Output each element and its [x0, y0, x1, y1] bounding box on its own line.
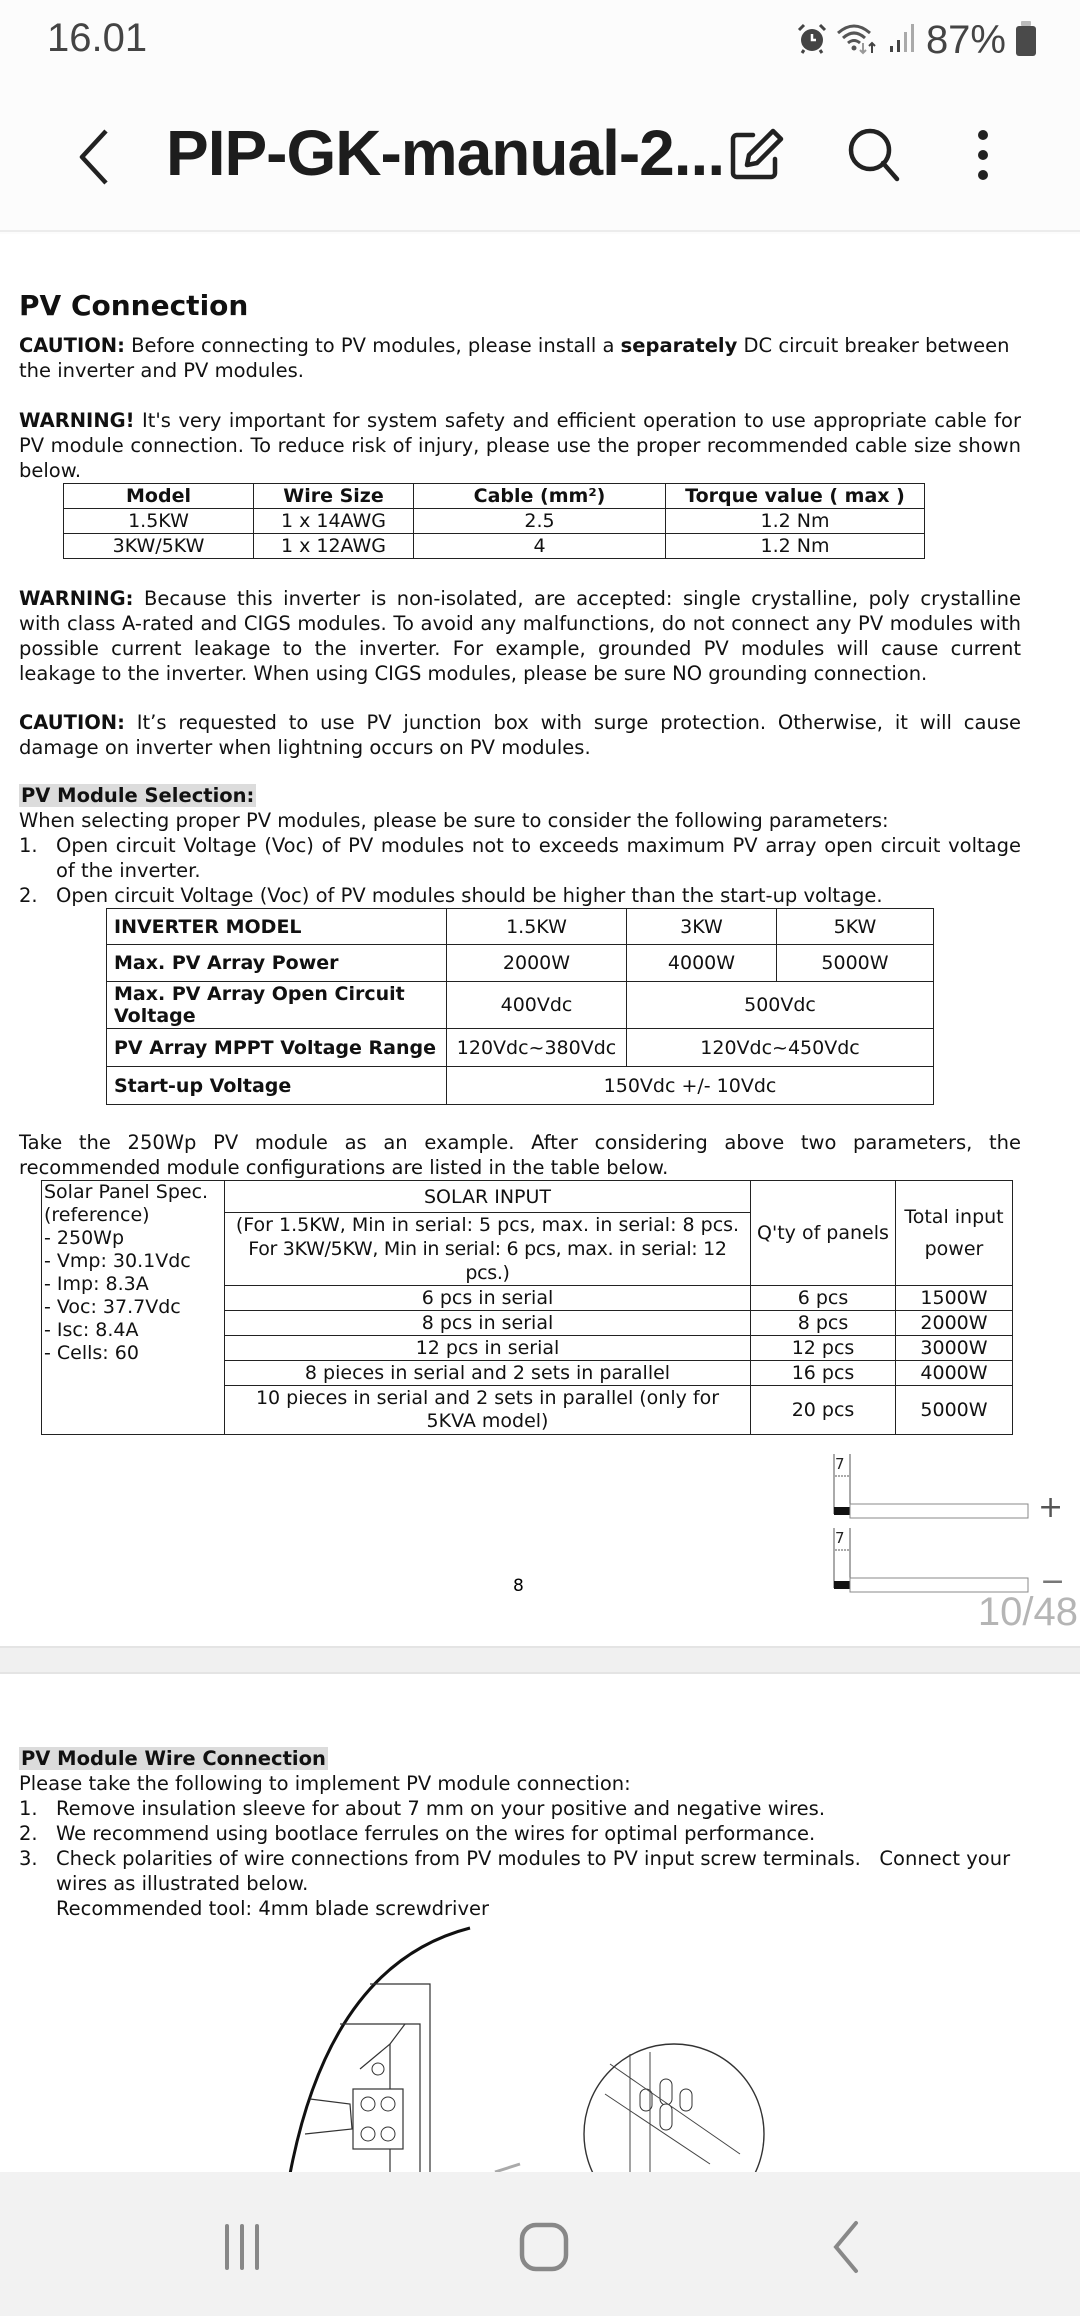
strip-length-negative: 7: [835, 1529, 845, 1547]
caution-surge-paragraph: CAUTION: It’s requested to use PV juncti…: [19, 710, 1021, 760]
home-icon: [519, 2222, 569, 2272]
chevron-left-icon: [74, 127, 114, 187]
document-page-number: 8: [513, 1576, 524, 1596]
table-row: Max. PV Array Power 2000W 4000W 5000W: [107, 945, 934, 982]
battery-percent: 87%: [926, 18, 1006, 63]
table-row: 1.5KW 1 x 14AWG 2.5 1.2 Nm: [64, 509, 925, 534]
page-counter: 10/48: [978, 1590, 1078, 1635]
list-item: 1. Remove insulation sleeve for about 7 …: [19, 1796, 1021, 1821]
tool-note: Recommended tool: 4mm blade screwdriver: [19, 1896, 1021, 1921]
recent-apps-button[interactable]: [202, 2212, 282, 2282]
strip-length-positive: 7: [835, 1455, 845, 1473]
table-row: INVERTER MODEL 1.5KW 3KW 5KW: [107, 909, 934, 945]
terminal-illustration: [270, 1924, 790, 2174]
warning-paragraph: WARNING! It's very important for system …: [19, 408, 1021, 483]
signal-icon: [888, 22, 918, 59]
wire-connection-intro: Please take the following to implement P…: [19, 1771, 1021, 1796]
example-paragraph: Take the 250Wp PV module as an example. …: [19, 1130, 1021, 1180]
list-item: 2. We recommend using bootlace ferrules …: [19, 1821, 1021, 1846]
list-item: 1. Open circuit Voltage (Voc) of PV modu…: [19, 833, 1021, 883]
panel-spec-cell: Solar Panel Spec. (reference) - 250Wp - …: [42, 1181, 225, 1435]
page-content: PV Module Wire Connection Please take th…: [19, 1746, 1021, 1921]
recent-apps-icon: [217, 2222, 267, 2272]
table-row: 3KW/5KW 1 x 12AWG 4 1.2 Nm: [64, 534, 925, 559]
home-button[interactable]: [504, 2212, 584, 2282]
table-row: Solar Panel Spec. (reference) - 250Wp - …: [42, 1181, 1013, 1213]
table-row: Max. PV Array Open Circuit Voltage 400Vd…: [107, 982, 934, 1029]
document-title: PIP-GK-manual-2...: [166, 116, 724, 190]
status-time: 16.01: [47, 16, 147, 61]
page-content: PV Connection CAUTION: Before connecting…: [19, 289, 1021, 1435]
search-icon: [845, 125, 905, 185]
section-title: PV Connection: [19, 289, 1021, 323]
edit-button[interactable]: [720, 120, 790, 190]
positive-label: +: [1038, 1490, 1063, 1525]
back-button[interactable]: [66, 122, 122, 192]
wifi-icon: [836, 21, 880, 60]
app-bar: PIP-GK-manual-2...: [0, 80, 1080, 232]
table-row: Start-up Voltage 150Vdc +/- 10Vdc: [107, 1067, 934, 1105]
alarm-icon: [796, 22, 828, 59]
document-page: PV Connection CAUTION: Before connecting…: [0, 234, 1080, 1646]
back-icon: [826, 2220, 866, 2274]
page-separator: [0, 1646, 1080, 1674]
module-selection-intro: When selecting proper PV modules, please…: [19, 808, 1021, 833]
search-button[interactable]: [840, 120, 910, 190]
table-row: PV Array MPPT Voltage Range 120Vdc~380Vd…: [107, 1029, 934, 1067]
more-vertical-icon: [973, 125, 993, 185]
navigation-bar: [0, 2172, 1080, 2316]
module-config-table: Solar Panel Spec. (reference) - 250Wp - …: [41, 1180, 1013, 1435]
more-options-button[interactable]: [948, 120, 1018, 190]
warning-nonisolated-paragraph: WARNING: Because this inverter is non-is…: [19, 586, 1021, 686]
document-page: PV Module Wire Connection Please take th…: [0, 1674, 1080, 2174]
battery-icon: [1016, 26, 1036, 56]
module-selection-heading: PV Module Selection:: [19, 783, 1021, 808]
status-bar: 16.01 87%: [0, 0, 1080, 80]
cable-size-table: Model Wire Size Cable (mm²) Torque value…: [63, 483, 925, 559]
caution-paragraph: CAUTION: Before connecting to PV modules…: [19, 333, 1021, 383]
list-item: 3. Check polarities of wire connections …: [19, 1846, 1021, 1896]
system-back-button[interactable]: [806, 2212, 886, 2282]
list-item: 2. Open circuit Voltage (Voc) of PV modu…: [19, 883, 1021, 908]
status-icons: 87%: [796, 18, 1036, 63]
wire-connection-heading: PV Module Wire Connection: [19, 1746, 1021, 1771]
inverter-spec-table: INVERTER MODEL 1.5KW 3KW 5KW Max. PV Arr…: [106, 908, 934, 1105]
edit-icon: [725, 125, 785, 185]
